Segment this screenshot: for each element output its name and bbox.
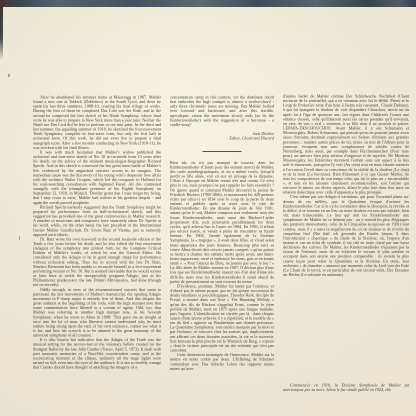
column-french: d'autres lieder de Mahler comme Der Schi…	[283, 94, 409, 375]
paragraph: Cette dimension inchangée de l'innocence…	[170, 353, 274, 371]
paragraph: Dr. Ratz wrote his own foreword to the s…	[33, 237, 161, 287]
album-left-edge-shadow	[0, 6, 3, 60]
paragraph: Oddly enough, in view of the aforementio…	[33, 287, 161, 337]
paragraph: After he abandoned his summer home at Ma…	[33, 95, 161, 150]
paragraph: It was with much hesitation that Mahler'…	[33, 150, 161, 205]
signature-title: Editor, Chord and Discord	[170, 136, 274, 141]
paragraph: D'évidence, pourtant, Mahler fut hanté p…	[170, 284, 274, 353]
footnote-tenth-symphony: Commencée en 1910, la Dixième Symphonie …	[283, 383, 409, 392]
paragraph: Bien sûr, on n'a pas manqué de trouver, …	[170, 160, 274, 284]
paragraph: C'est même par son Adagio à variations, …	[283, 195, 409, 277]
paragraph: Richard Specht earnestly suggested that …	[33, 205, 161, 237]
liner-notes-photo: After he abandoned his summer home at Ma…	[0, 0, 416, 416]
author-signature: Jack Diether Editor, Chord and Discord	[170, 132, 274, 141]
column-french-footnote: Commencée en 1910, la Dixième Symphonie …	[283, 383, 409, 405]
paragraph-continuation: concentration camp in this context, for …	[170, 95, 274, 127]
section-divider-rule	[203, 151, 242, 152]
column-english-end-and-french: concentration camp in this context, for …	[170, 95, 274, 395]
column-english: After he abandoned his summer home at Ma…	[33, 95, 161, 401]
paper-speck	[19, 236, 20, 240]
paragraph-continuation: d'autres lieder de Mahler comme Der Schi…	[283, 94, 409, 195]
paper-speck	[8, 74, 10, 77]
album-top-edge	[0, 0, 416, 7]
paragraph: It is also bizarre but indicative that t…	[33, 338, 161, 370]
